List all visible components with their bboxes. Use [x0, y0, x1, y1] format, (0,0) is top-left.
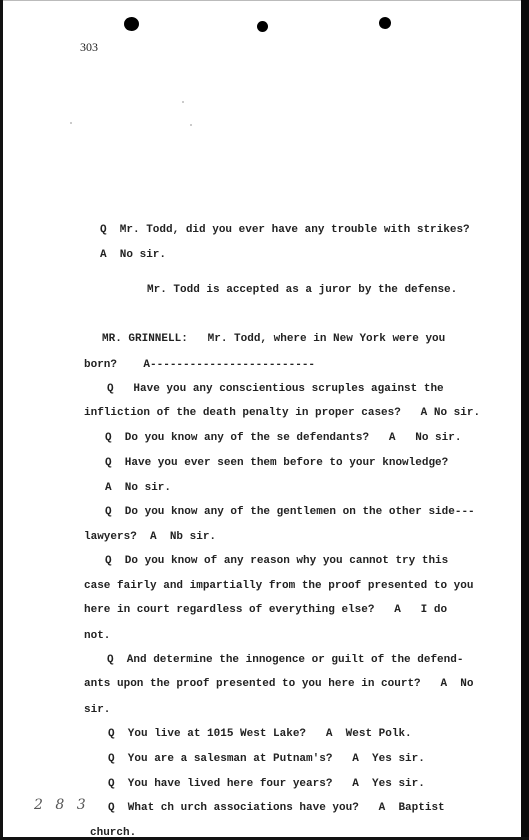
transcript-line: Q Have you any conscientious scruples ag…: [107, 382, 444, 396]
transcript-line: Q What ch urch associations have you? A …: [108, 801, 445, 815]
transcript-line: Q Do you know of any reason why you cann…: [105, 554, 448, 568]
transcript-line: Q You live at 1015 West Lake? A West Pol…: [108, 727, 412, 741]
transcript-line: Q You have lived here four years? A Yes …: [108, 777, 425, 791]
page-number: 303: [80, 40, 98, 55]
transcript-line: Q You are a salesman at Putnam's? A Yes …: [108, 752, 425, 766]
transcript-line: not.: [84, 629, 110, 643]
transcript-line: here in court regardless of everything e…: [84, 603, 447, 617]
scan-speck: [190, 124, 192, 126]
page-edge-left: [0, 0, 3, 840]
transcript-line: case fairly and impartially from the pro…: [84, 579, 473, 593]
transcript-line: Q And determine the innogence or guilt o…: [107, 653, 463, 667]
transcript-line: Q Mr. Todd, did you ever have any troubl…: [100, 223, 470, 237]
margin-annotation: 2 8 3: [34, 797, 90, 813]
transcript-line: church.: [90, 826, 136, 840]
transcript-line: sir.: [84, 703, 110, 717]
transcript-page: 303 Q Mr. Todd, did you ever have any tr…: [0, 0, 529, 840]
page-edge-top: [0, 0, 529, 1]
transcript-line: ants upon the proof presented to you her…: [84, 677, 473, 691]
transcript-line: born? A-------------------------: [84, 358, 315, 372]
scan-speck: [70, 122, 72, 124]
transcript-line: Q Do you know any of the se defendants? …: [105, 431, 461, 445]
scan-speck: [182, 101, 184, 103]
transcript-line: Q Have you ever seen them before to your…: [105, 456, 448, 470]
transcript-line: A No sir.: [100, 248, 166, 262]
transcript-line: Q Do you know any of the gentlemen on th…: [105, 505, 475, 519]
punch-hole: [257, 21, 268, 32]
punch-hole: [379, 17, 391, 29]
transcript-line: lawyers? A Nb sir.: [84, 530, 216, 544]
page-edge-right: [521, 0, 529, 840]
transcript-line: MR. GRINNELL: Mr. Todd, where in New Yor…: [102, 332, 445, 346]
transcript-line: infliction of the death penalty in prope…: [84, 406, 480, 420]
punch-hole: [124, 17, 139, 31]
transcript-line: A No sir.: [105, 481, 171, 495]
transcript-line: Mr. Todd is accepted as a juror by the d…: [147, 283, 457, 297]
